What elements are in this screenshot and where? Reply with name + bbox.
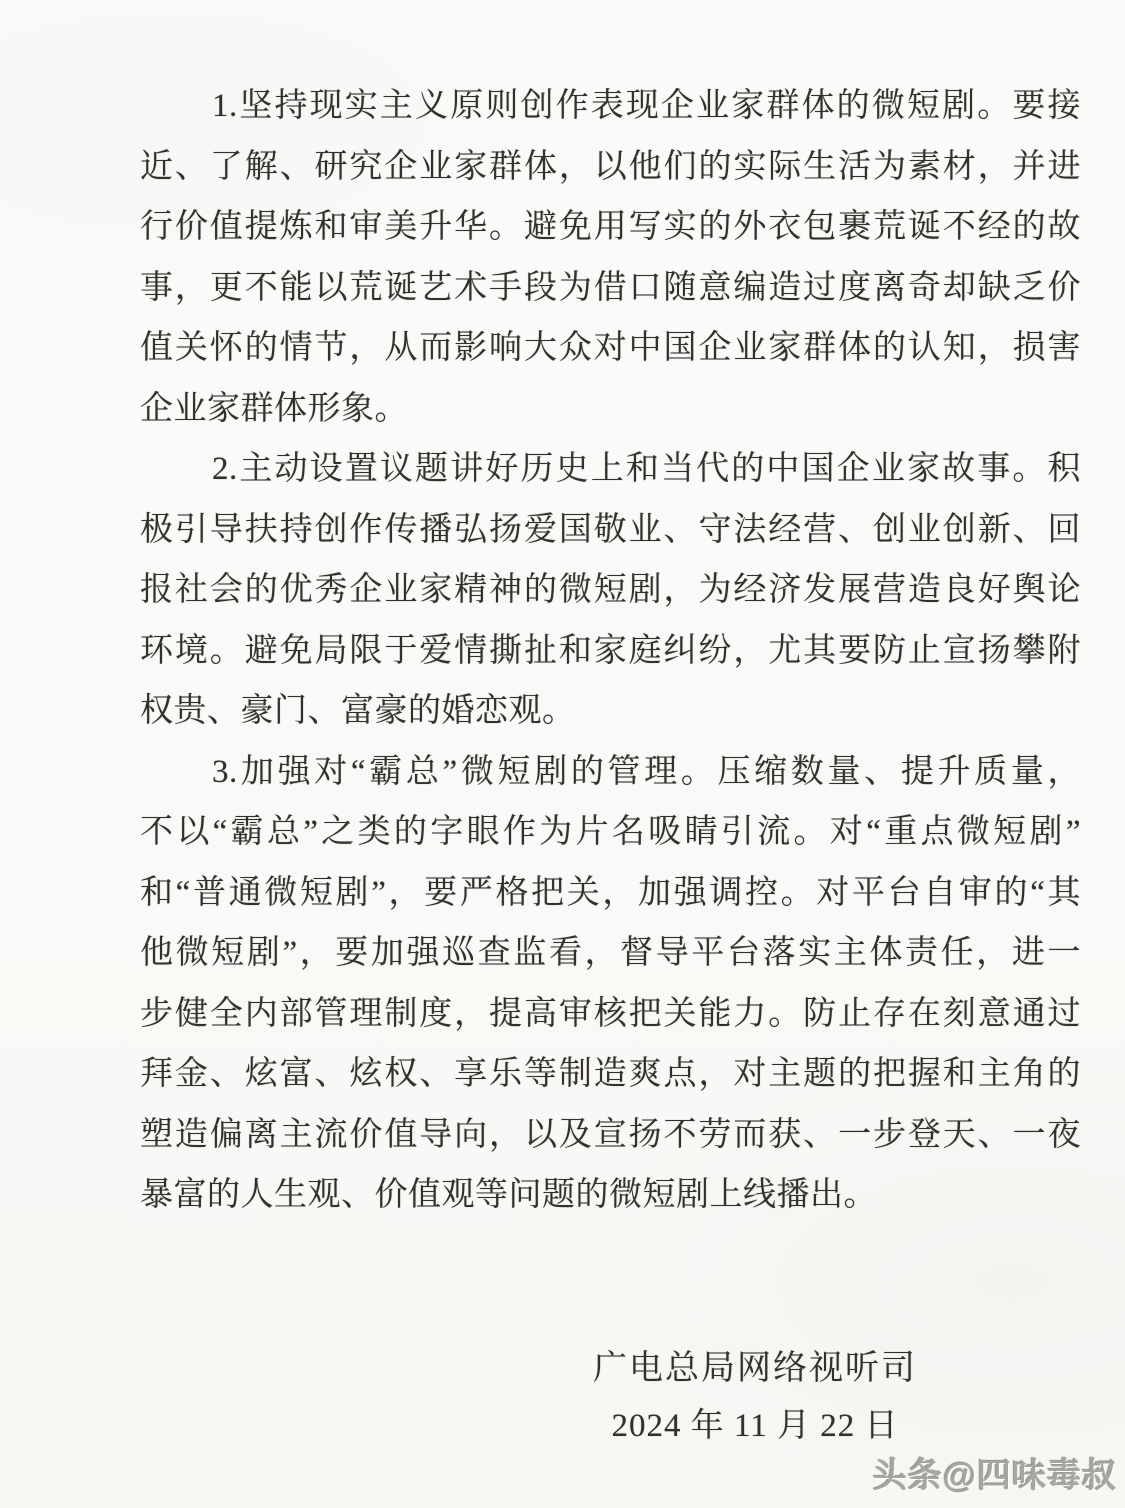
signature-organization: 广电总局网络视听司 (385, 1346, 1125, 1392)
document-line: 事，更不能以荒诞艺术手段为借口随意编造过度离奇却缺乏价 (140, 258, 1081, 319)
document-line: 塑造偏离主流价值导向，以及宣扬不劳而获、一步登天、一夜 (140, 1105, 1081, 1166)
document-line: 他微短剧”，要加强巡查监看，督导平台落实主体责任，进一 (140, 923, 1081, 984)
document-page: 1.坚持现实主义原则创作表现企业家群体的微短剧。要接 近、了解、研究企业家群体，… (0, 0, 1125, 1508)
document-line: 权贵、豪门、富豪的婚恋观。 (140, 681, 1081, 742)
paragraph-3: 3.加强对“霸总”微短剧的管理。压缩数量、提升质量， 不以“霸总”之类的字眼作为… (140, 742, 1081, 1226)
document-body: 1.坚持现实主义原则创作表现企业家群体的微短剧。要接 近、了解、研究企业家群体，… (140, 76, 1081, 1226)
document-line: 和“普通微短剧”，要严格把关，加强调控。对平台自审的“其 (140, 863, 1081, 924)
paragraph-2: 2.主动设置议题讲好历史上和当代的中国企业家故事。积 极引导扶持创作传播弘扬爱国… (140, 439, 1081, 742)
document-line: 不以“霸总”之类的字眼作为片名吸睛引流。对“重点微短剧” (140, 802, 1081, 863)
document-line: 暴富的人生观、价值观等问题的微短剧上线播出。 (140, 1165, 1081, 1226)
watermark: 头条@四味毒叔 (873, 1448, 1117, 1497)
paragraph-1: 1.坚持现实主义原则创作表现企业家群体的微短剧。要接 近、了解、研究企业家群体，… (140, 76, 1081, 439)
document-line: 值关怀的情节，从而影响大众对中国企业家群体的认知，损害 (140, 318, 1081, 379)
signature-date: 2024 年 11 月 22 日 (385, 1404, 1125, 1448)
document-line: 3.加强对“霸总”微短剧的管理。压缩数量、提升质量， (140, 742, 1081, 803)
document-line: 1.坚持现实主义原则创作表现企业家群体的微短剧。要接 (140, 76, 1081, 137)
document-line: 极引导扶持创作传播弘扬爱国敬业、守法经营、创业创新、回 (140, 500, 1081, 561)
document-line: 企业家群体形象。 (140, 379, 1081, 440)
document-line: 步健全内部管理制度，提高审核把关能力。防止存在刻意通过 (140, 984, 1081, 1045)
document-line: 行价值提炼和审美升华。避免用写实的外衣包裹荒诞不经的故 (140, 197, 1081, 258)
document-line: 2.主动设置议题讲好历史上和当代的中国企业家故事。积 (140, 439, 1081, 500)
document-line: 近、了解、研究企业家群体，以他们的实际生活为素材，并进 (140, 137, 1081, 198)
document-line: 报社会的优秀企业家精神的微短剧，为经济发展营造良好舆论 (140, 560, 1081, 621)
document-line: 拜金、炫富、炫权、享乐等制造爽点，对主题的把握和主角的 (140, 1044, 1081, 1105)
signature-block: 广电总局网络视听司 2024 年 11 月 22 日 (385, 1346, 1125, 1448)
document-line: 环境。避免局限于爱情撕扯和家庭纠纷，尤其要防止宣扬攀附 (140, 621, 1081, 682)
